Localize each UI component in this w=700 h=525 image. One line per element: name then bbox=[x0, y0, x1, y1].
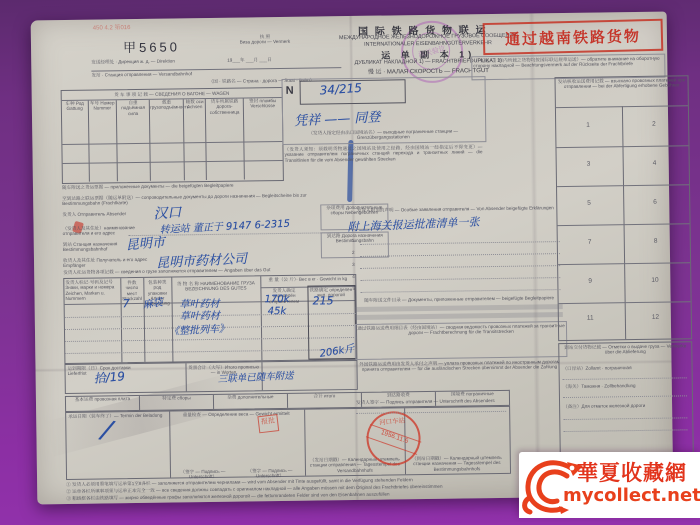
shaded-line-2 bbox=[355, 312, 563, 320]
wagon-col-seals: 签封 пломбы Verschlüsse bbox=[242, 98, 282, 180]
hw-waybill-number: 34/215 bbox=[319, 81, 362, 98]
bottom-vline-2 bbox=[304, 410, 306, 476]
faint-red-annotation: 450 4.2 第016 bbox=[93, 22, 131, 32]
fee-cell-2: 2 bbox=[652, 121, 656, 128]
wagon-col-number: 车号 Номер Nummer bbox=[87, 100, 117, 181]
bottom-vline-1 bbox=[169, 412, 171, 478]
vietnam-transit-stamp: 通过越南铁路货物 bbox=[483, 19, 664, 55]
fee-cell-9: 9 bbox=[588, 278, 592, 285]
decl-line-num-3: 3 bbox=[352, 262, 355, 267]
shaded-line-1 bbox=[355, 304, 563, 312]
remark-line-1 bbox=[563, 416, 687, 420]
office-field: 发送经理处 · Дирекция ж. д. — Direktion bbox=[91, 58, 221, 65]
mini-red-stamp: 报批 bbox=[257, 414, 279, 433]
wagon-table: 货 车 事 项 记 载 — СВЕДЕНИЯ О ВАГОНЕ — WAGEN … bbox=[61, 87, 284, 184]
wagon-col-owner: 货车所属铁路 дорога-собственница bbox=[205, 99, 243, 181]
zollamt-label: （口岸站）Zollamt · пограничная bbox=[563, 364, 689, 371]
stamp-date-band: 1956.11.6 bbox=[366, 424, 422, 455]
customs-line bbox=[563, 394, 687, 398]
station-field: 发站 · Станция отправления — Versandbahnho… bbox=[91, 71, 221, 78]
hw-weight-1: 170k bbox=[264, 294, 289, 305]
decl-line-num-1: 1 bbox=[352, 238, 355, 243]
fee-cell-8: 8 bbox=[654, 238, 658, 245]
seal-note-sub: Виза дороги — Vermerk bbox=[240, 39, 290, 45]
hw-packing: 麻袋 bbox=[142, 293, 164, 311]
attached-docs-label: 随车附送文件目录 — Документы, приложенные отправ… bbox=[357, 295, 562, 303]
remark-line-2 bbox=[563, 428, 687, 432]
goods-col-marks: 发货人标记·号码及记号 Знаки, марки и номера Zeiche… bbox=[65, 279, 118, 301]
goods-col-name: 货 物 名 称 НАИМЕНОВАНИЕ ГРУЗА BEZEICHNUNG D… bbox=[172, 280, 259, 292]
fee-cell-12: 12 bbox=[652, 314, 659, 321]
waybill-document: 450 4.2 第016 甲5650 执 照Виза дороги — Verm… bbox=[31, 12, 674, 505]
fee-table: 发站核收运送费用记载 — взыскано провозных платежей… bbox=[554, 75, 692, 341]
decl-line-num-2: 2 bbox=[352, 250, 355, 255]
fee-strip-cell-4: 合计 итого bbox=[287, 393, 361, 408]
wagon-col-tare: 自重 подъёмная сила bbox=[116, 100, 150, 181]
watermark-site-name: 華夏收藏網 bbox=[577, 457, 687, 487]
decl-line-num-4: 4 bbox=[352, 274, 355, 279]
loading-date-label: 承运日期（装车终了）— Termin der Beladung bbox=[68, 413, 166, 420]
fee-cell-11: 11 bbox=[587, 315, 594, 322]
hw-destination: 昆明市 bbox=[125, 231, 165, 253]
decl-line-5 bbox=[360, 288, 560, 293]
arrival-stamp-label: （到站日期戳）— Календарный штемпель станции на… bbox=[408, 455, 506, 472]
fee-cell-6: 6 bbox=[653, 199, 657, 206]
hw-pieces: 7 bbox=[123, 297, 130, 310]
decl-line-2 bbox=[360, 252, 560, 257]
decl-line-num-5: 5 bbox=[352, 286, 355, 291]
weight-check-label: 重量检查 — Определение веса — Gewicht ermitt… bbox=[172, 411, 300, 418]
serial-number: 甲5650 bbox=[123, 36, 180, 56]
fee-cell-7: 7 bbox=[588, 239, 592, 246]
decl-line-3 bbox=[360, 264, 560, 269]
fee-cell-1: 1 bbox=[586, 122, 590, 129]
fee-cell-5: 5 bbox=[587, 200, 591, 207]
fee-cell-3: 3 bbox=[587, 161, 591, 168]
attach-row-2: 至到达路之联运票据（随运单附送）— сопроводительные докум… bbox=[62, 192, 322, 206]
sign-line-right: （签字 — Подпись — Unterschrift） bbox=[239, 468, 301, 479]
fee-cell-4: 4 bbox=[653, 160, 657, 167]
hw-rail-weight: 215 bbox=[313, 294, 334, 307]
transit-notice: （发货人须知：须载明货物通过之国境站及使用之经路，经由国境站一经指定后不得变更）… bbox=[284, 144, 482, 163]
wagon-col-type: 车种 Род Gattung bbox=[62, 101, 89, 182]
seal-note: 执 照Виза дороги — Vermerk bbox=[229, 34, 301, 46]
foreign-fee-label: 外国铁路运送费用由发货人承付之声明 — уплата провозных пла… bbox=[355, 359, 563, 372]
watermark-site-url: mycollect.net bbox=[563, 485, 700, 506]
right-fold-shadow bbox=[529, 13, 542, 497]
hw-weight-2: 45k bbox=[268, 306, 287, 317]
consignor-label: 发货人 Отправитель Absender bbox=[62, 211, 147, 217]
decl-line-4 bbox=[360, 276, 560, 281]
consignee-label: 收货人及其住址 Получатель и его адрес Empfänger bbox=[63, 257, 153, 269]
hw-goods-name-3: 《整批列车》 bbox=[169, 320, 230, 338]
fee-cell-10: 10 bbox=[651, 277, 658, 284]
watermark-panel: 華夏收藏網 mycollect.net bbox=[519, 452, 700, 518]
fee-table-header: 发站核收运送费用记载 — взыскано провозных платежей… bbox=[556, 76, 688, 108]
zollamt-line bbox=[563, 376, 687, 380]
delivery-remarks-header: 到站交付货物记载 — Отметки о выдаче груза — Verm… bbox=[559, 342, 691, 356]
sign-line-left: （签字 — Подпись — Unterschrift） bbox=[173, 469, 233, 480]
remark-label: （备注）Для отметок железной дороги bbox=[563, 402, 689, 409]
customs-label: （海关）Таможня · Zollbehandlung bbox=[563, 382, 689, 389]
wagon-col-capacity: 载重 грузоподъёмность bbox=[149, 99, 184, 180]
transit-fee-box: 通过铁路运送费用细目表（经由国境站）— сводная ведомость пр… bbox=[355, 321, 567, 360]
hw-delivery-term: 拾/19 bbox=[93, 367, 126, 387]
goods-col-weight: 重 量（公 斤）· Вес в кг · Gewicht in kg bbox=[261, 276, 354, 283]
bottom-boxes: 承运日期（装车终了）— Termin der Beladung 重量检查 — О… bbox=[65, 406, 511, 480]
wagon-col-axles: 轴数 оси Achsen bbox=[183, 99, 206, 180]
fee-strip-cell-3: 杂费 дополнительные bbox=[213, 394, 287, 409]
n-label: N bbox=[286, 85, 294, 97]
date-blanks: 19___年 ___月 ___日 bbox=[227, 56, 317, 63]
fee-strip-cell-2: 特定费 сборы bbox=[139, 395, 213, 410]
decl-line-1 bbox=[360, 240, 560, 245]
fee-strip-cell-1: 基本运费 провозная плата bbox=[66, 396, 139, 411]
stamp-rim-text: 河口车站 bbox=[372, 415, 413, 427]
